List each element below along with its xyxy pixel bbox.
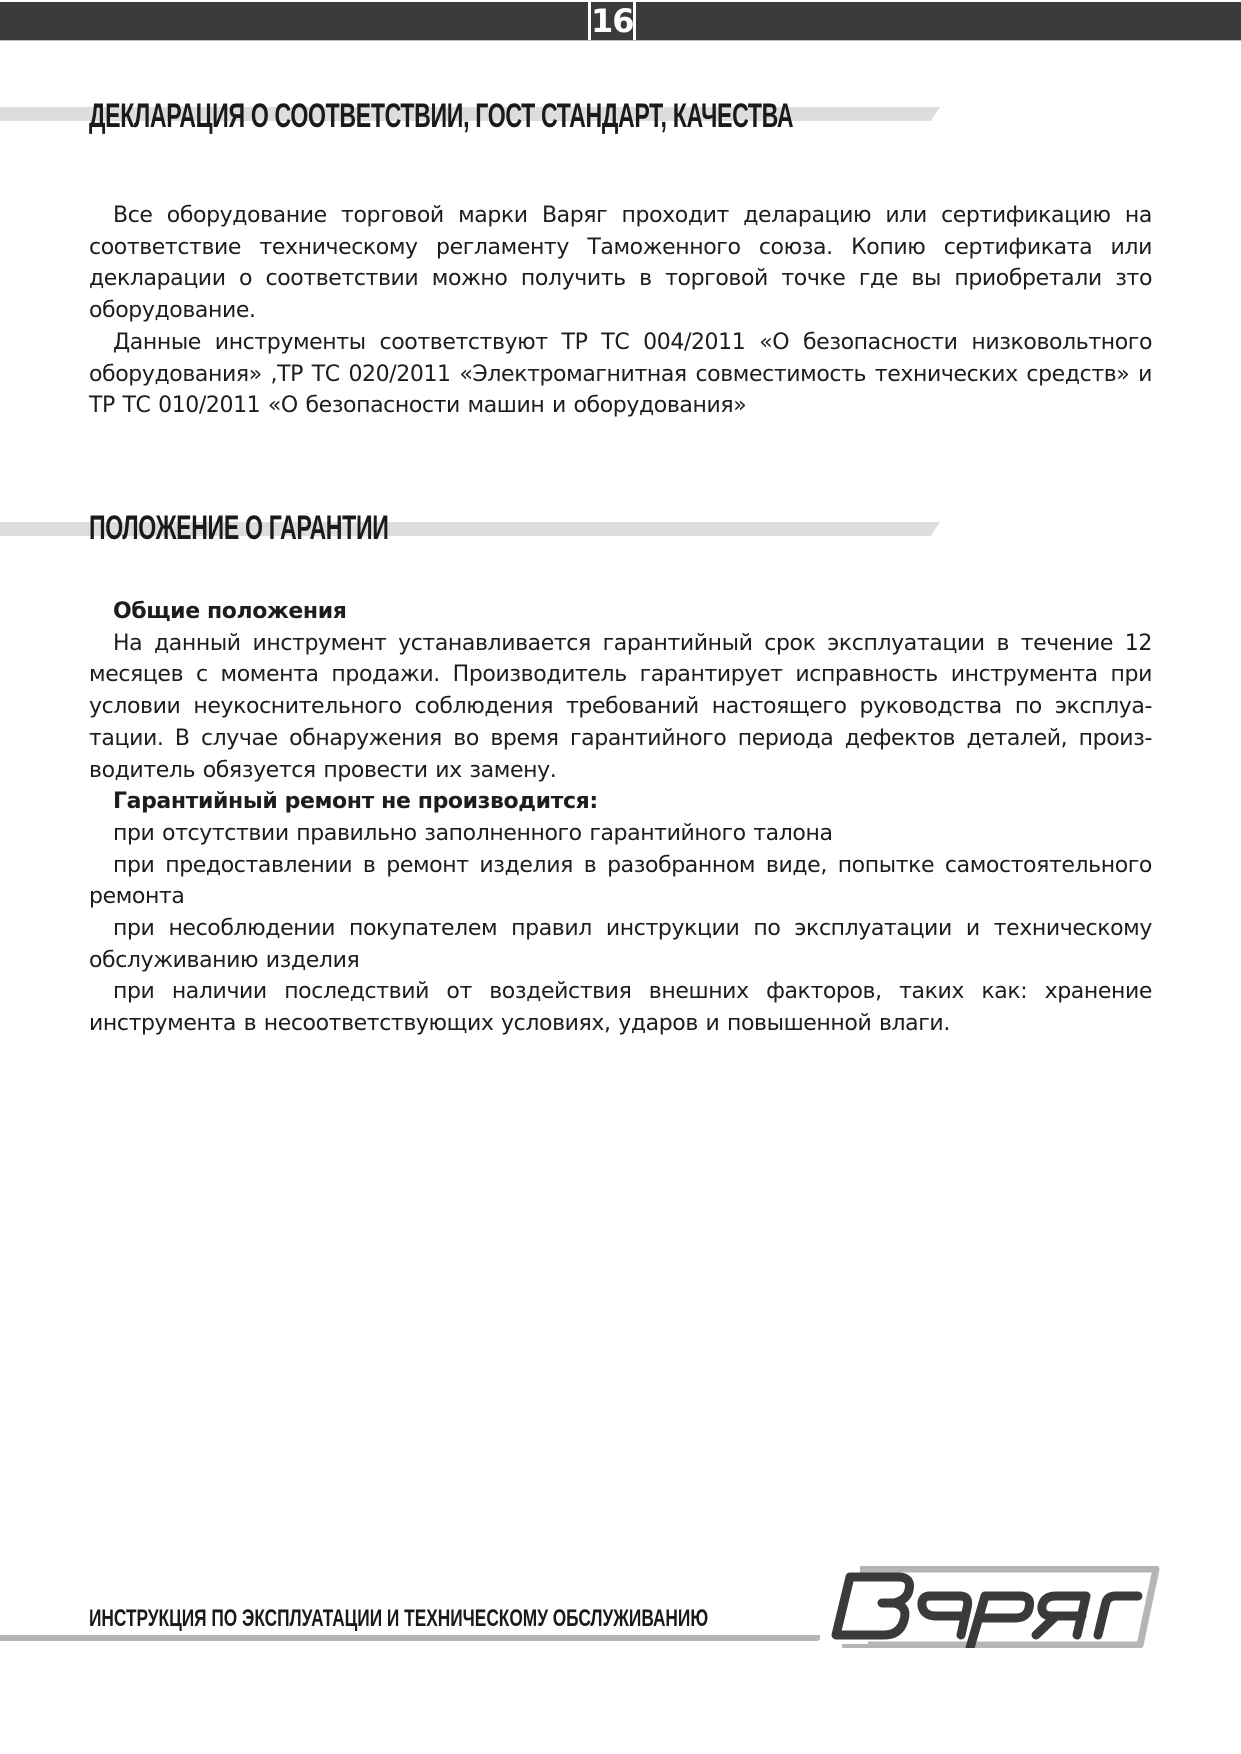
varyag-logo <box>820 1566 1160 1648</box>
no-repair-heading: Гарантийный ремонт не производится: <box>89 786 1152 818</box>
page-number: 16 <box>588 2 636 40</box>
paragraph: Все оборудование торговой марки Варяг пр… <box>89 200 1152 327</box>
warranty-body: Общие положения На данный инструмент уст… <box>89 596 1152 1040</box>
no-repair-item: при предоставлении в ремонт изделия в ра… <box>89 850 1152 913</box>
section-heading-declaration: ДЕКЛАРАЦИЯ О СООТВЕТСТВИИ, ГОСТ СТАНДАРТ… <box>0 96 1241 146</box>
section-title: ДЕКЛАРАЦИЯ О СООТВЕТСТВИИ, ГОСТ СТАНДАРТ… <box>89 96 793 136</box>
paragraph: Данные инструменты соответствуют ТР ТС 0… <box>89 327 1152 422</box>
no-repair-item: при несоблюдении покупателем правил инст… <box>89 913 1152 976</box>
footer-title: ИНСТРУКЦИЯ ПО ЭКСПЛУАТАЦИИ И ТЕХНИЧЕСКОМ… <box>89 1604 708 1634</box>
page-header-bar: 16 <box>0 2 1241 41</box>
no-repair-item: при отсутствии правильно заполненного га… <box>89 818 1152 850</box>
declaration-body: Все оборудование торговой марки Варяг пр… <box>89 200 1152 422</box>
no-repair-item: при наличии последствий от воздействия в… <box>89 976 1152 1039</box>
section-title: ПОЛОЖЕНИЕ О ГАРАНТИИ <box>89 508 388 548</box>
general-provisions-text: На данный инструмент устанавливается гар… <box>89 628 1152 787</box>
general-provisions-heading: Общие положения <box>89 596 1152 628</box>
section-heading-warranty: ПОЛОЖЕНИЕ О ГАРАНТИИ <box>0 508 1241 558</box>
footer-rule <box>0 1635 826 1641</box>
